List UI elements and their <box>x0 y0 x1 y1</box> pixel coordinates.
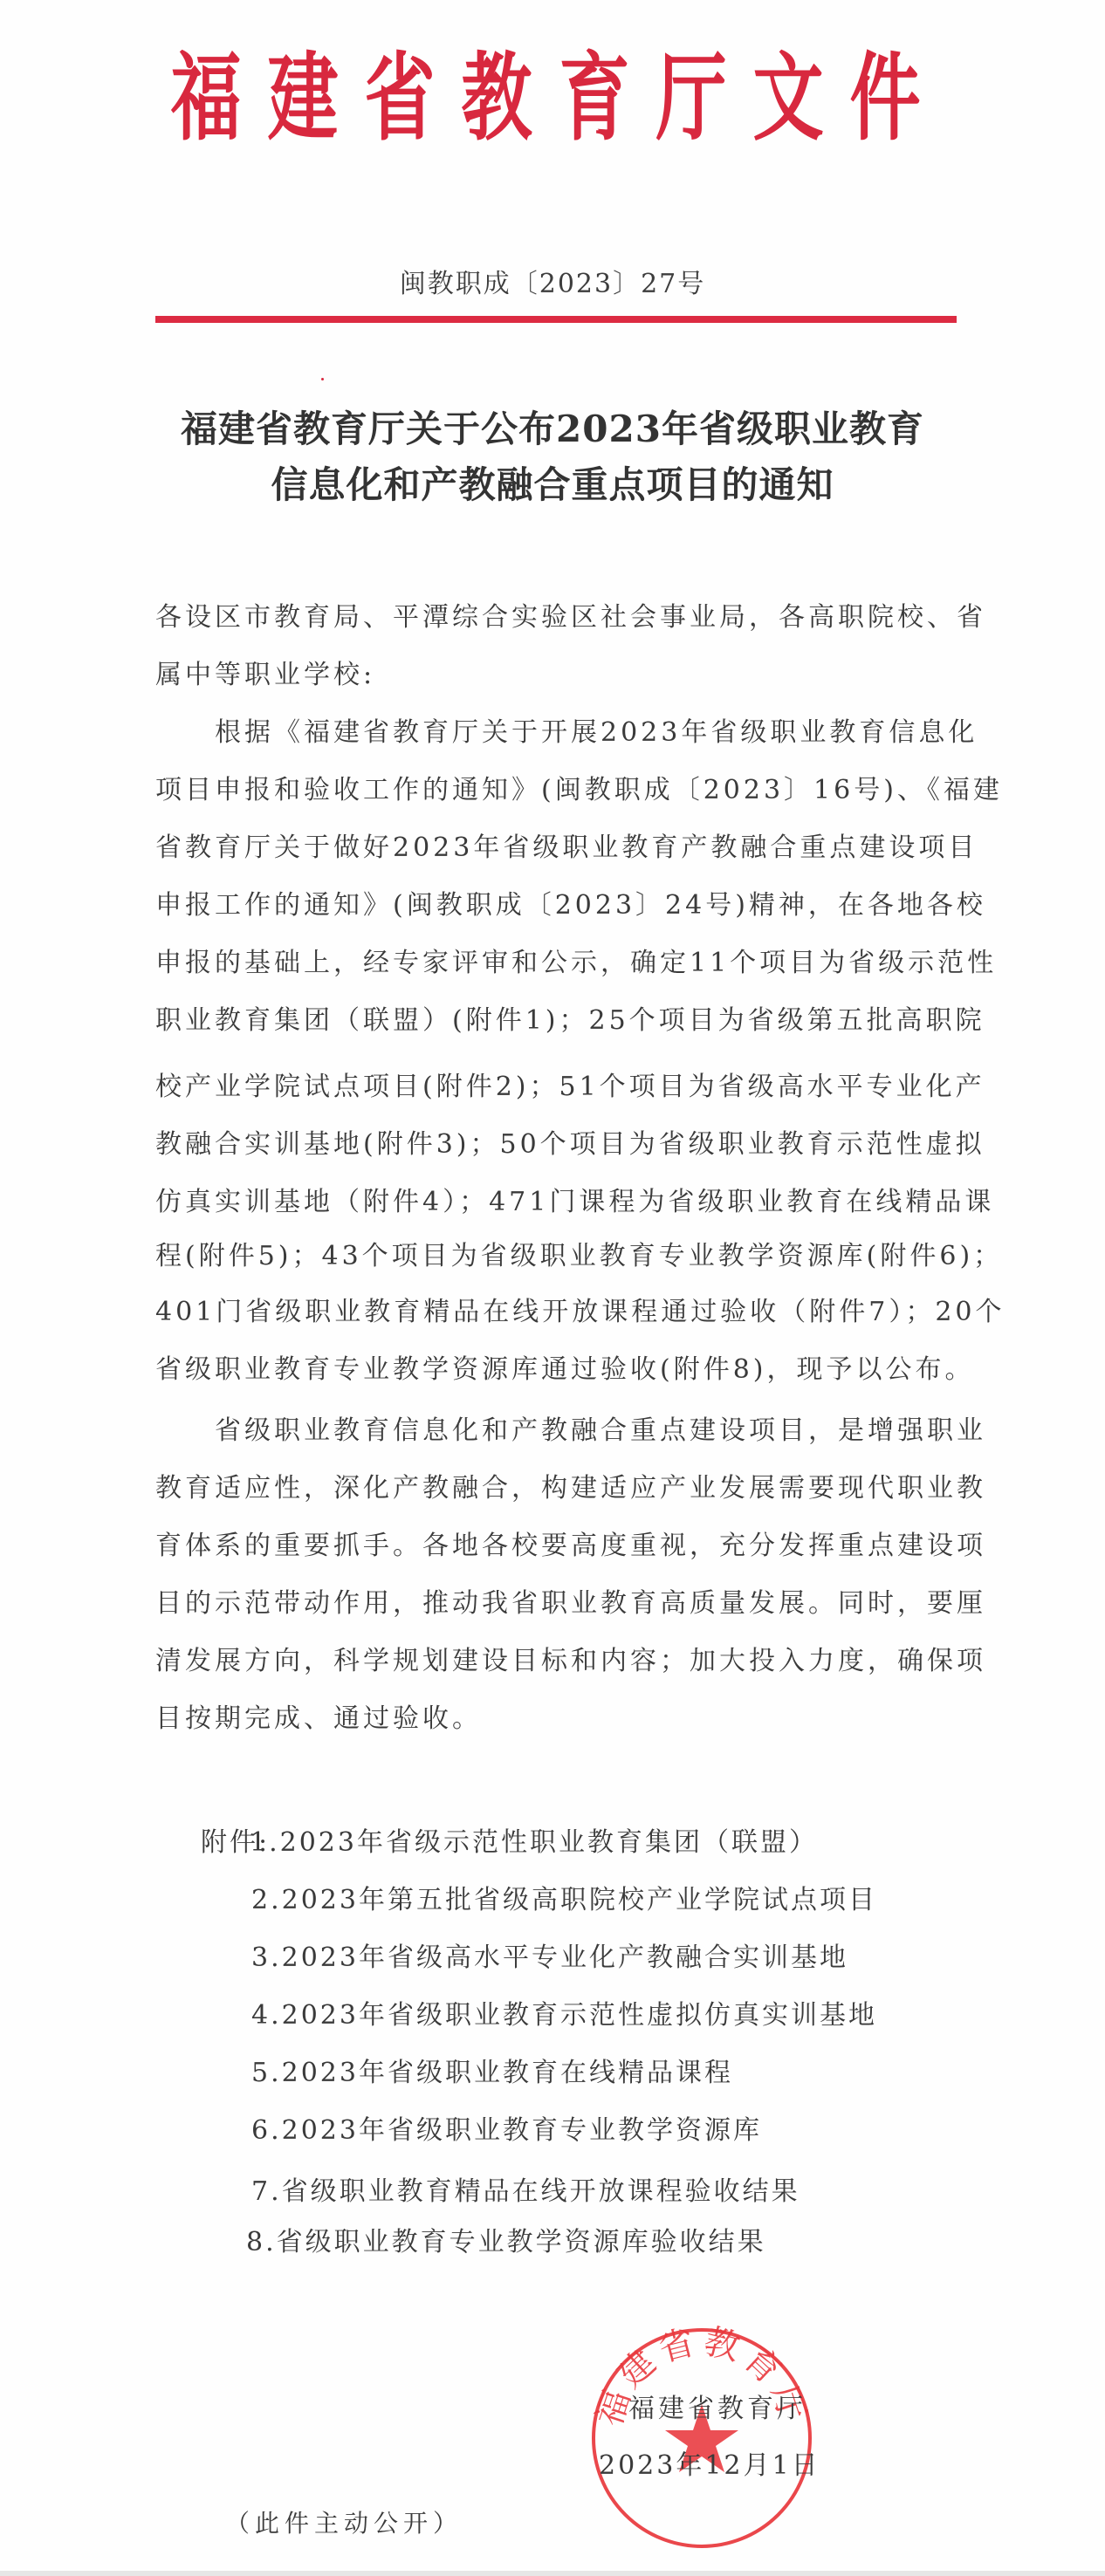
attachment-item: 6.2023年省级职业教育专业教学资源库 <box>251 2108 762 2147</box>
signature-date: 2023年12月1日 <box>599 2443 820 2482</box>
attachment-item: 5.2023年省级职业教育在线精品课程 <box>251 2051 733 2089</box>
paragraph-line: 项目申报和验收工作的通知》(闽教职成〔2023〕16号)、《福建 <box>155 768 958 806</box>
salutation-line: 各设区市教育局、平潭综合实验区社会事业局，各高职院校、省 <box>155 595 958 634</box>
paragraph-line: 申报工作的通知》(闽教职成〔2023〕24号)精神，在各地各校 <box>155 883 958 921</box>
masthead-char: 件 <box>849 43 920 153</box>
paragraph-line: 省教育厅关于做好2023年省级职业教育产教融合重点建设项目 <box>155 826 958 864</box>
red-mark-dot <box>321 378 324 380</box>
attachment-item: 7.省级职业教育精品在线开放课程验收结果 <box>251 2169 800 2208</box>
paragraph-line: 目按期完成、通过验收。 <box>155 1696 958 1735</box>
attachment-item: 3.2023年省级高水平专业化产教融合实训基地 <box>251 1935 848 1974</box>
masthead-char: 文 <box>752 43 823 153</box>
paragraph-line: 职业教育集团（联盟）(附件1)；25个项目为省级第五批高职院 <box>155 998 958 1037</box>
title-line-2: 信息化和产教融合重点项目的通知 <box>131 457 974 513</box>
masthead-char: 育 <box>559 43 629 153</box>
paragraph-line: 省级职业教育专业教学资源库通过验收(附件8)，现予以公布。 <box>155 1347 958 1386</box>
red-divider-rule <box>155 316 957 323</box>
masthead-title: 福 建 省 教 育 厅 文 件 <box>131 45 960 150</box>
paragraph-line: 教融合实训基地(附件3)；50个项目为省级职业教育示范性虚拟 <box>155 1122 958 1161</box>
paragraph-line: 根据《福建省教育厅关于开展2023年省级职业教育信息化 <box>155 710 958 749</box>
paragraph-line: 育体系的重要抓手。各地各校要高度重视，充分发挥重点建设项 <box>155 1524 958 1562</box>
signature-organization: 福建省教育厅 <box>628 2387 806 2425</box>
document-number: 闽教职成〔2023〕27号 <box>0 262 1105 300</box>
paragraph-line: 仿真实训基地（附件4）；471门课程为省级职业教育在线精品课 <box>155 1180 958 1218</box>
attachment-item: 2.2023年第五批省级高职院校产业学院试点项目 <box>251 1878 877 1916</box>
paragraph-line: 教育适应性，深化产教融合，构建适应产业发展需要现代职业教 <box>155 1466 958 1504</box>
paragraph-line: 申报的基础上，经专家评审和公示，确定11个项目为省级示范性 <box>155 941 958 979</box>
masthead-char: 福 <box>170 43 241 153</box>
masthead-char: 省 <box>365 43 436 153</box>
disclosure-note: （此件主动公开） <box>225 2504 463 2539</box>
document-title: 福建省教育厅关于公布2023年省级职业教育 信息化和产教融合重点项目的通知 <box>131 401 974 513</box>
paragraph-line: 目的示范带动作用，推动我省职业教育高质量发展。同时，要厘 <box>155 1581 958 1620</box>
document-page: 福 建 省 教 育 厅 文 件 闽教职成〔2023〕27号 福建省教育厅关于公布… <box>0 0 1105 2571</box>
attachment-item: 8.省级职业教育专业教学资源库验收结果 <box>246 2220 766 2258</box>
salutation-line: 属中等职业学校: <box>155 653 958 691</box>
paragraph-line: 程(附件5)；43个项目为省级职业教育专业教学资源库(附件6)； <box>155 1234 958 1272</box>
page-bottom-edge <box>0 2571 1105 2576</box>
title-line-1: 福建省教育厅关于公布2023年省级职业教育 <box>131 401 974 457</box>
paragraph-line: 省级职业教育信息化和产教融合重点建设项目，是增强职业 <box>155 1408 958 1447</box>
masthead-char: 建 <box>268 43 339 153</box>
attachment-item: 1.2023年省级示范性职业教育集团（联盟） <box>250 1820 818 1859</box>
masthead-char: 厅 <box>655 43 726 153</box>
masthead-char: 教 <box>462 43 532 153</box>
attachment-item: 4.2023年省级职业教育示范性虚拟仿真实训基地 <box>251 1993 877 2031</box>
official-seal-icon: 福建省教育厅 <box>589 2324 814 2552</box>
paragraph-line: 校产业学院试点项目(附件2)；51个项目为省级高水平专业化产 <box>155 1065 958 1103</box>
paragraph-line: 401门省级职业教育精品在线开放课程通过验收（附件7）；20个 <box>155 1290 958 1328</box>
paragraph-line: 清发展方向，科学规划建设目标和内容；加大投入力度，确保项 <box>155 1639 958 1677</box>
